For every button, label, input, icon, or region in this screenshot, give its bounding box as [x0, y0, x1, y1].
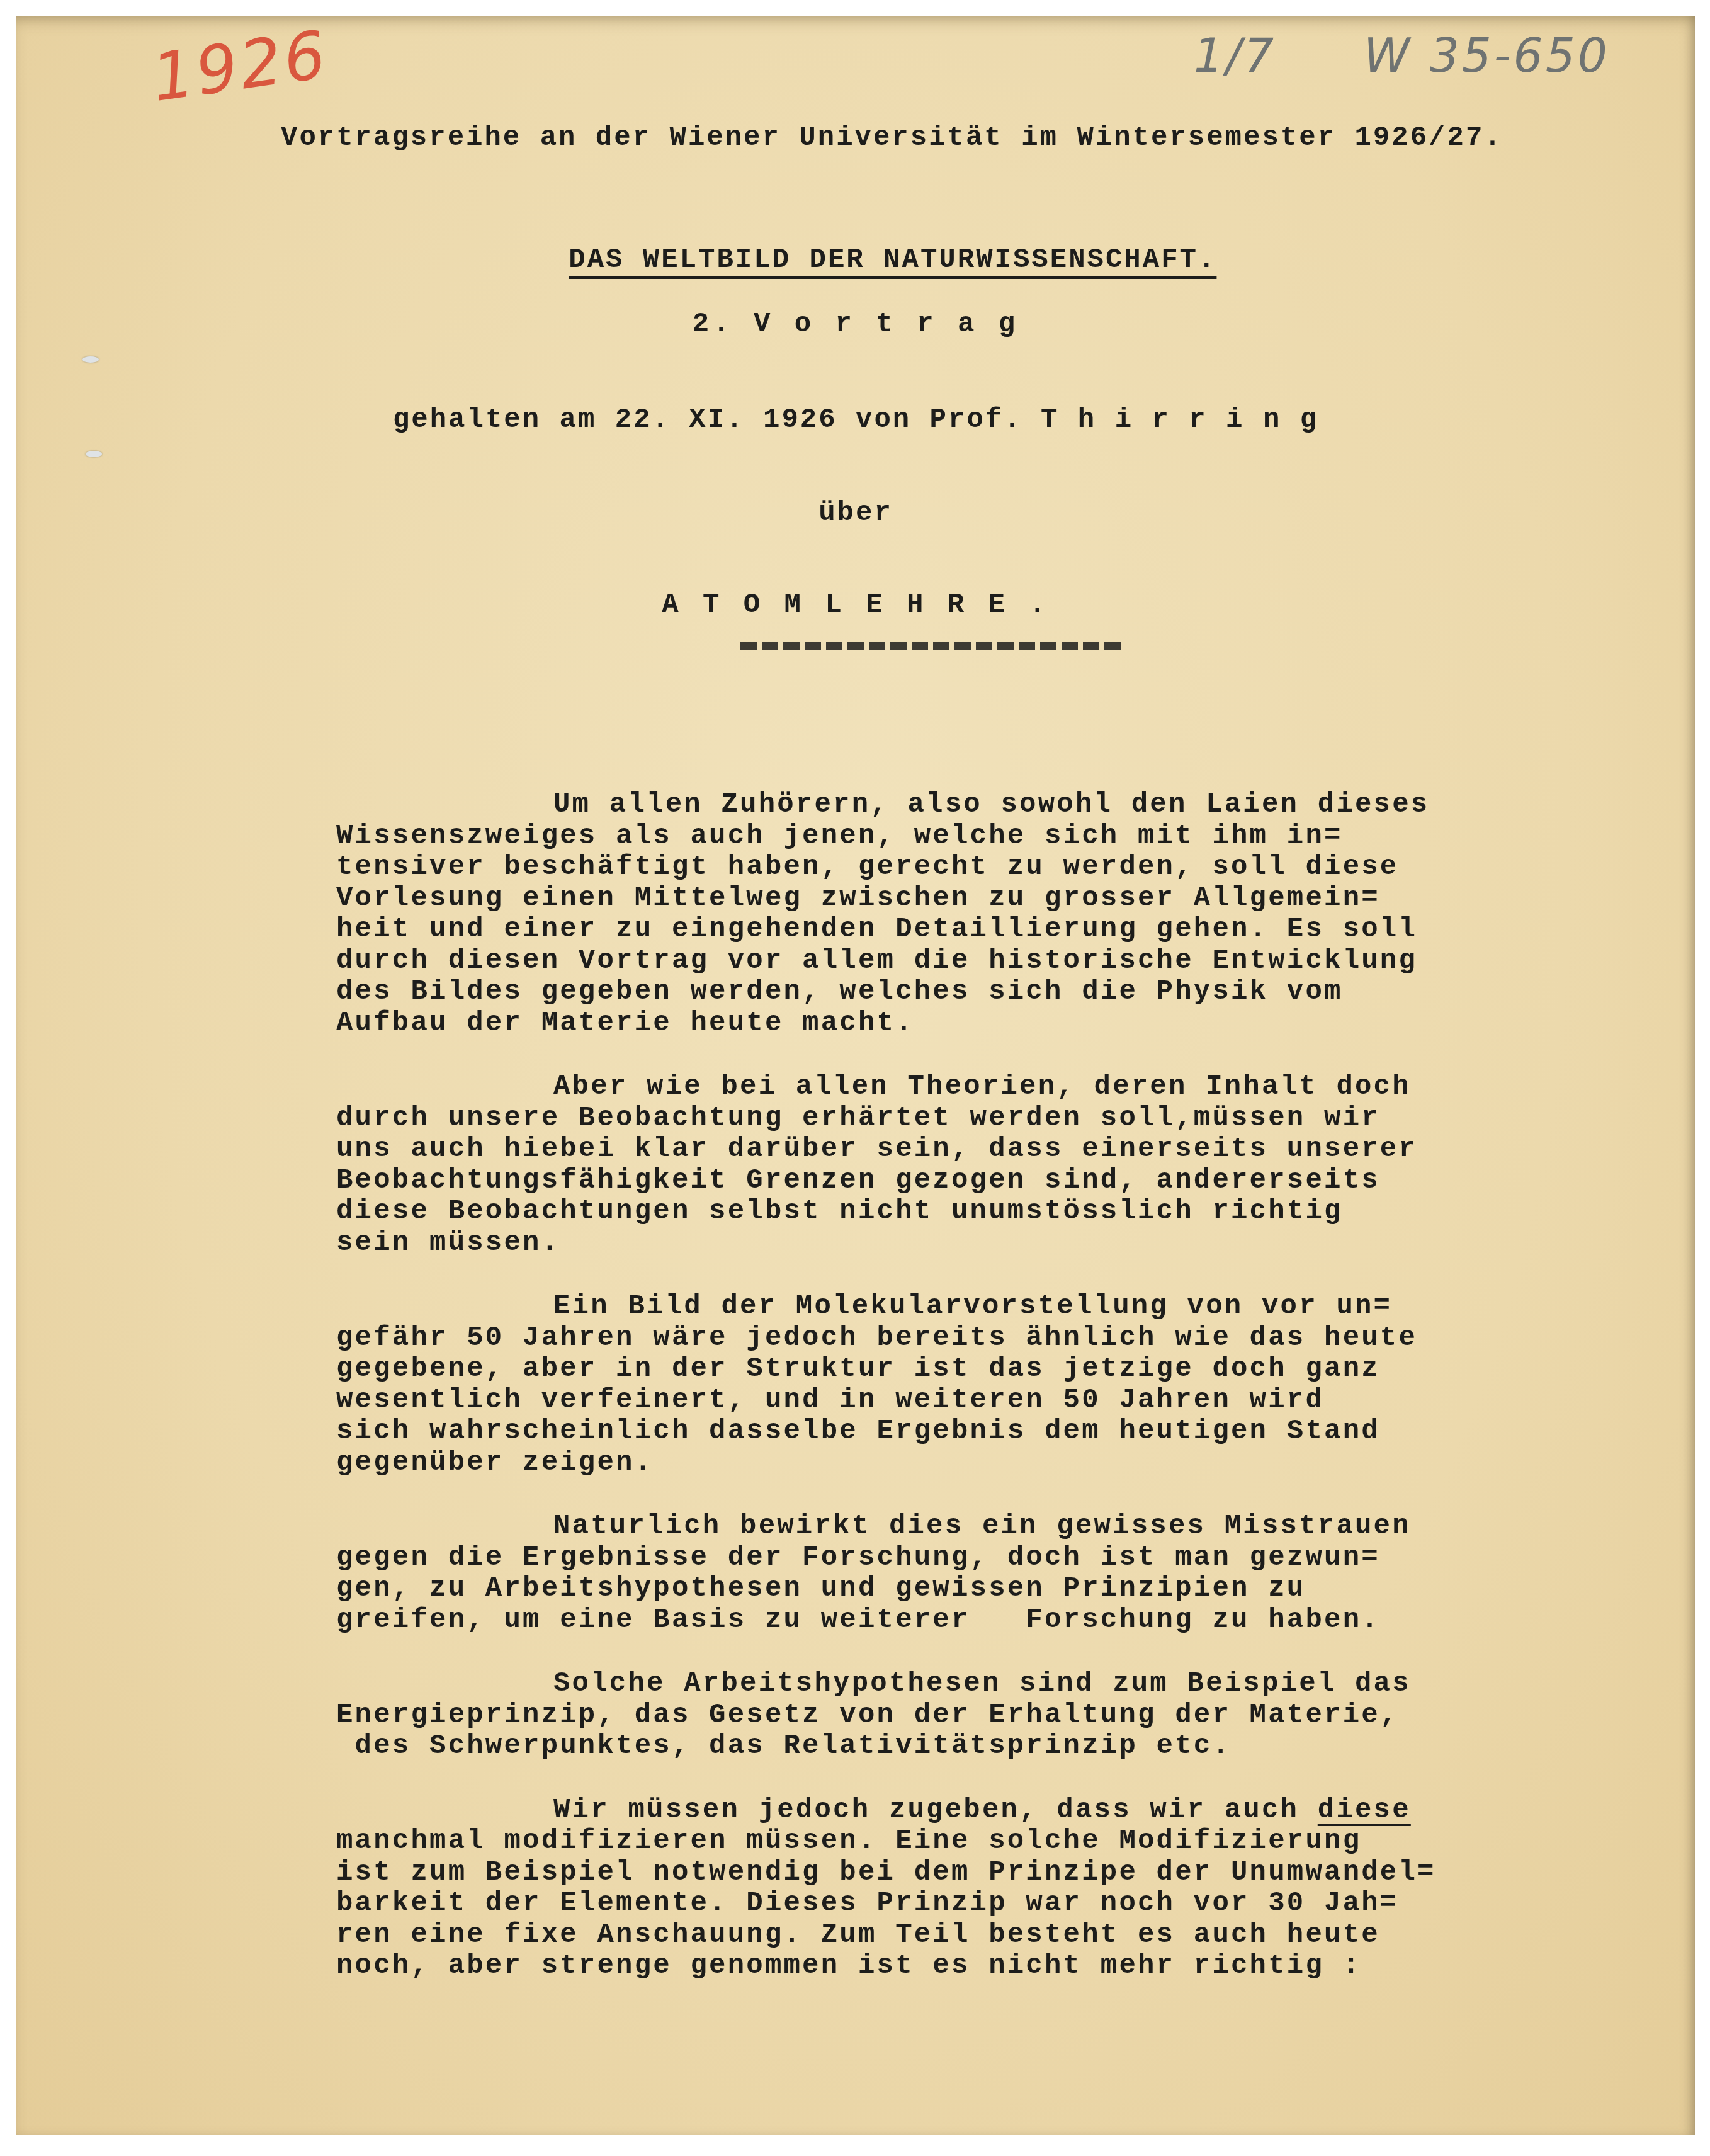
topic-double-underline — [740, 642, 1121, 650]
punch-hole-mark — [82, 356, 99, 363]
lecture-number: 2. V o r t r a g — [16, 309, 1695, 340]
paragraph-1: Um allen Zuhörern, also sowohl den Laien… — [336, 790, 1551, 1039]
text-line: durch unsere Beobachtung erhärtet werden… — [336, 1103, 1551, 1135]
text-line: Wir müssen jedoch zugeben, dass wir auch… — [336, 1795, 1551, 1827]
lecture-held-line: gehalten am 22. XI. 1926 von Prof. T h i… — [16, 404, 1695, 436]
punch-hole-mark — [86, 451, 102, 457]
text-line: barkeit der Elemente. Dieses Prinzip war… — [336, 1888, 1551, 1920]
text-line: gegenüber zeigen. — [336, 1448, 1551, 1479]
handwritten-page-number: 1/7 — [1194, 29, 1276, 83]
text-line: heit und einer zu eingehenden Detaillier… — [336, 914, 1551, 946]
text-line: Vorlesung einen Mittelweg zwischen zu gr… — [336, 883, 1551, 915]
text-line: Wissenszweiges als auch jenen, welche si… — [336, 821, 1551, 853]
text-line: manchmal modifizieren müssen. Eine solch… — [336, 1826, 1551, 1858]
paragraph-4: Naturlich bewirkt dies ein gewisses Miss… — [336, 1511, 1551, 1636]
text-line: Naturlich bewirkt dies ein gewisses Miss… — [336, 1511, 1551, 1543]
text-line: sein müssen. — [336, 1228, 1551, 1259]
text-line: durch diesen Vortrag vor allem die histo… — [336, 946, 1551, 977]
paragraph-2: Aber wie bei allen Theorien, deren Inhal… — [336, 1072, 1551, 1259]
underlined-word: diese — [1318, 1795, 1411, 1826]
text-line: wesentlich verfeinert, und in weiteren 5… — [336, 1385, 1551, 1417]
text-line: Beobachtungsfähigkeit Grenzen gezogen si… — [336, 1166, 1551, 1197]
document-title-text: DAS WELTBILD DER NATURWISSENSCHAFT. — [569, 244, 1216, 276]
text-line: Solche Arbeitshypothesen sind zum Beispi… — [336, 1669, 1551, 1700]
text-line: Aber wie bei allen Theorien, deren Inhal… — [336, 1072, 1551, 1103]
text-line: des Schwerpunktes, das Relativitätsprinz… — [336, 1731, 1551, 1762]
text-line: Aufbau der Materie heute macht. — [336, 1008, 1551, 1040]
paragraph-3: Ein Bild der Molekularvorstellung von vo… — [336, 1291, 1551, 1478]
text-line: greifen, um eine Basis zu weiterer Forsc… — [336, 1605, 1551, 1637]
text-line: Energieprinzip, das Gesetz von der Erhal… — [336, 1700, 1551, 1732]
handwritten-year-annotation: 1926 — [147, 16, 333, 116]
text-line-start: Wir müssen jedoch zugeben, dass wir auch — [553, 1795, 1318, 1826]
document-body: Um allen Zuhörern, also sowohl den Laien… — [336, 790, 1551, 2015]
text-line: ist zum Beispiel notwendig bei dem Prinz… — [336, 1858, 1551, 1889]
text-line: gefähr 50 Jahren wäre jedoch bereits ähn… — [336, 1323, 1551, 1354]
document-title: DAS WELTBILD DER NATURWISSENSCHAFT. — [16, 213, 1695, 307]
text-line: Ein Bild der Molekularvorstellung von vo… — [336, 1291, 1551, 1323]
text-line: uns auch hiebei klar darüber sein, dass … — [336, 1134, 1551, 1166]
text-line: noch, aber strenge genommen ist es nicht… — [336, 1951, 1551, 1982]
paragraph-5: Solche Arbeitshypothesen sind zum Beispi… — [336, 1669, 1551, 1762]
text-line: sich wahrscheinlich dasselbe Ergebnis de… — [336, 1416, 1551, 1448]
text-line: gegen die Ergebnisse der Forschung, doch… — [336, 1543, 1551, 1574]
lecture-topic: A T O M L E H R E . — [16, 589, 1695, 621]
lecture-series-line: Vortragsreihe an der Wiener Universität … — [281, 122, 1503, 154]
paragraph-6: Wir müssen jedoch zugeben, dass wir auch… — [336, 1795, 1551, 1982]
text-line: ren eine fixe Anschauung. Zum Teil beste… — [336, 1920, 1551, 1951]
about-label: über — [16, 497, 1695, 529]
text-line: gen, zu Arbeitshypothesen und gewissen P… — [336, 1574, 1551, 1605]
text-line: gegebene, aber in der Struktur ist das j… — [336, 1354, 1551, 1385]
text-line: Um allen Zuhörern, also sowohl den Laien… — [336, 790, 1551, 821]
text-line: diese Beobachtungen selbst nicht unumstö… — [336, 1196, 1551, 1228]
text-line: tensiver beschäftigt haben, gerecht zu w… — [336, 852, 1551, 883]
document-page: 1926 1/7 W 35-650 Vortragsreihe an der W… — [16, 16, 1695, 2135]
text-line: des Bildes gegeben werden, welches sich … — [336, 977, 1551, 1008]
handwritten-archive-signature: W 35-650 — [1364, 29, 1610, 83]
